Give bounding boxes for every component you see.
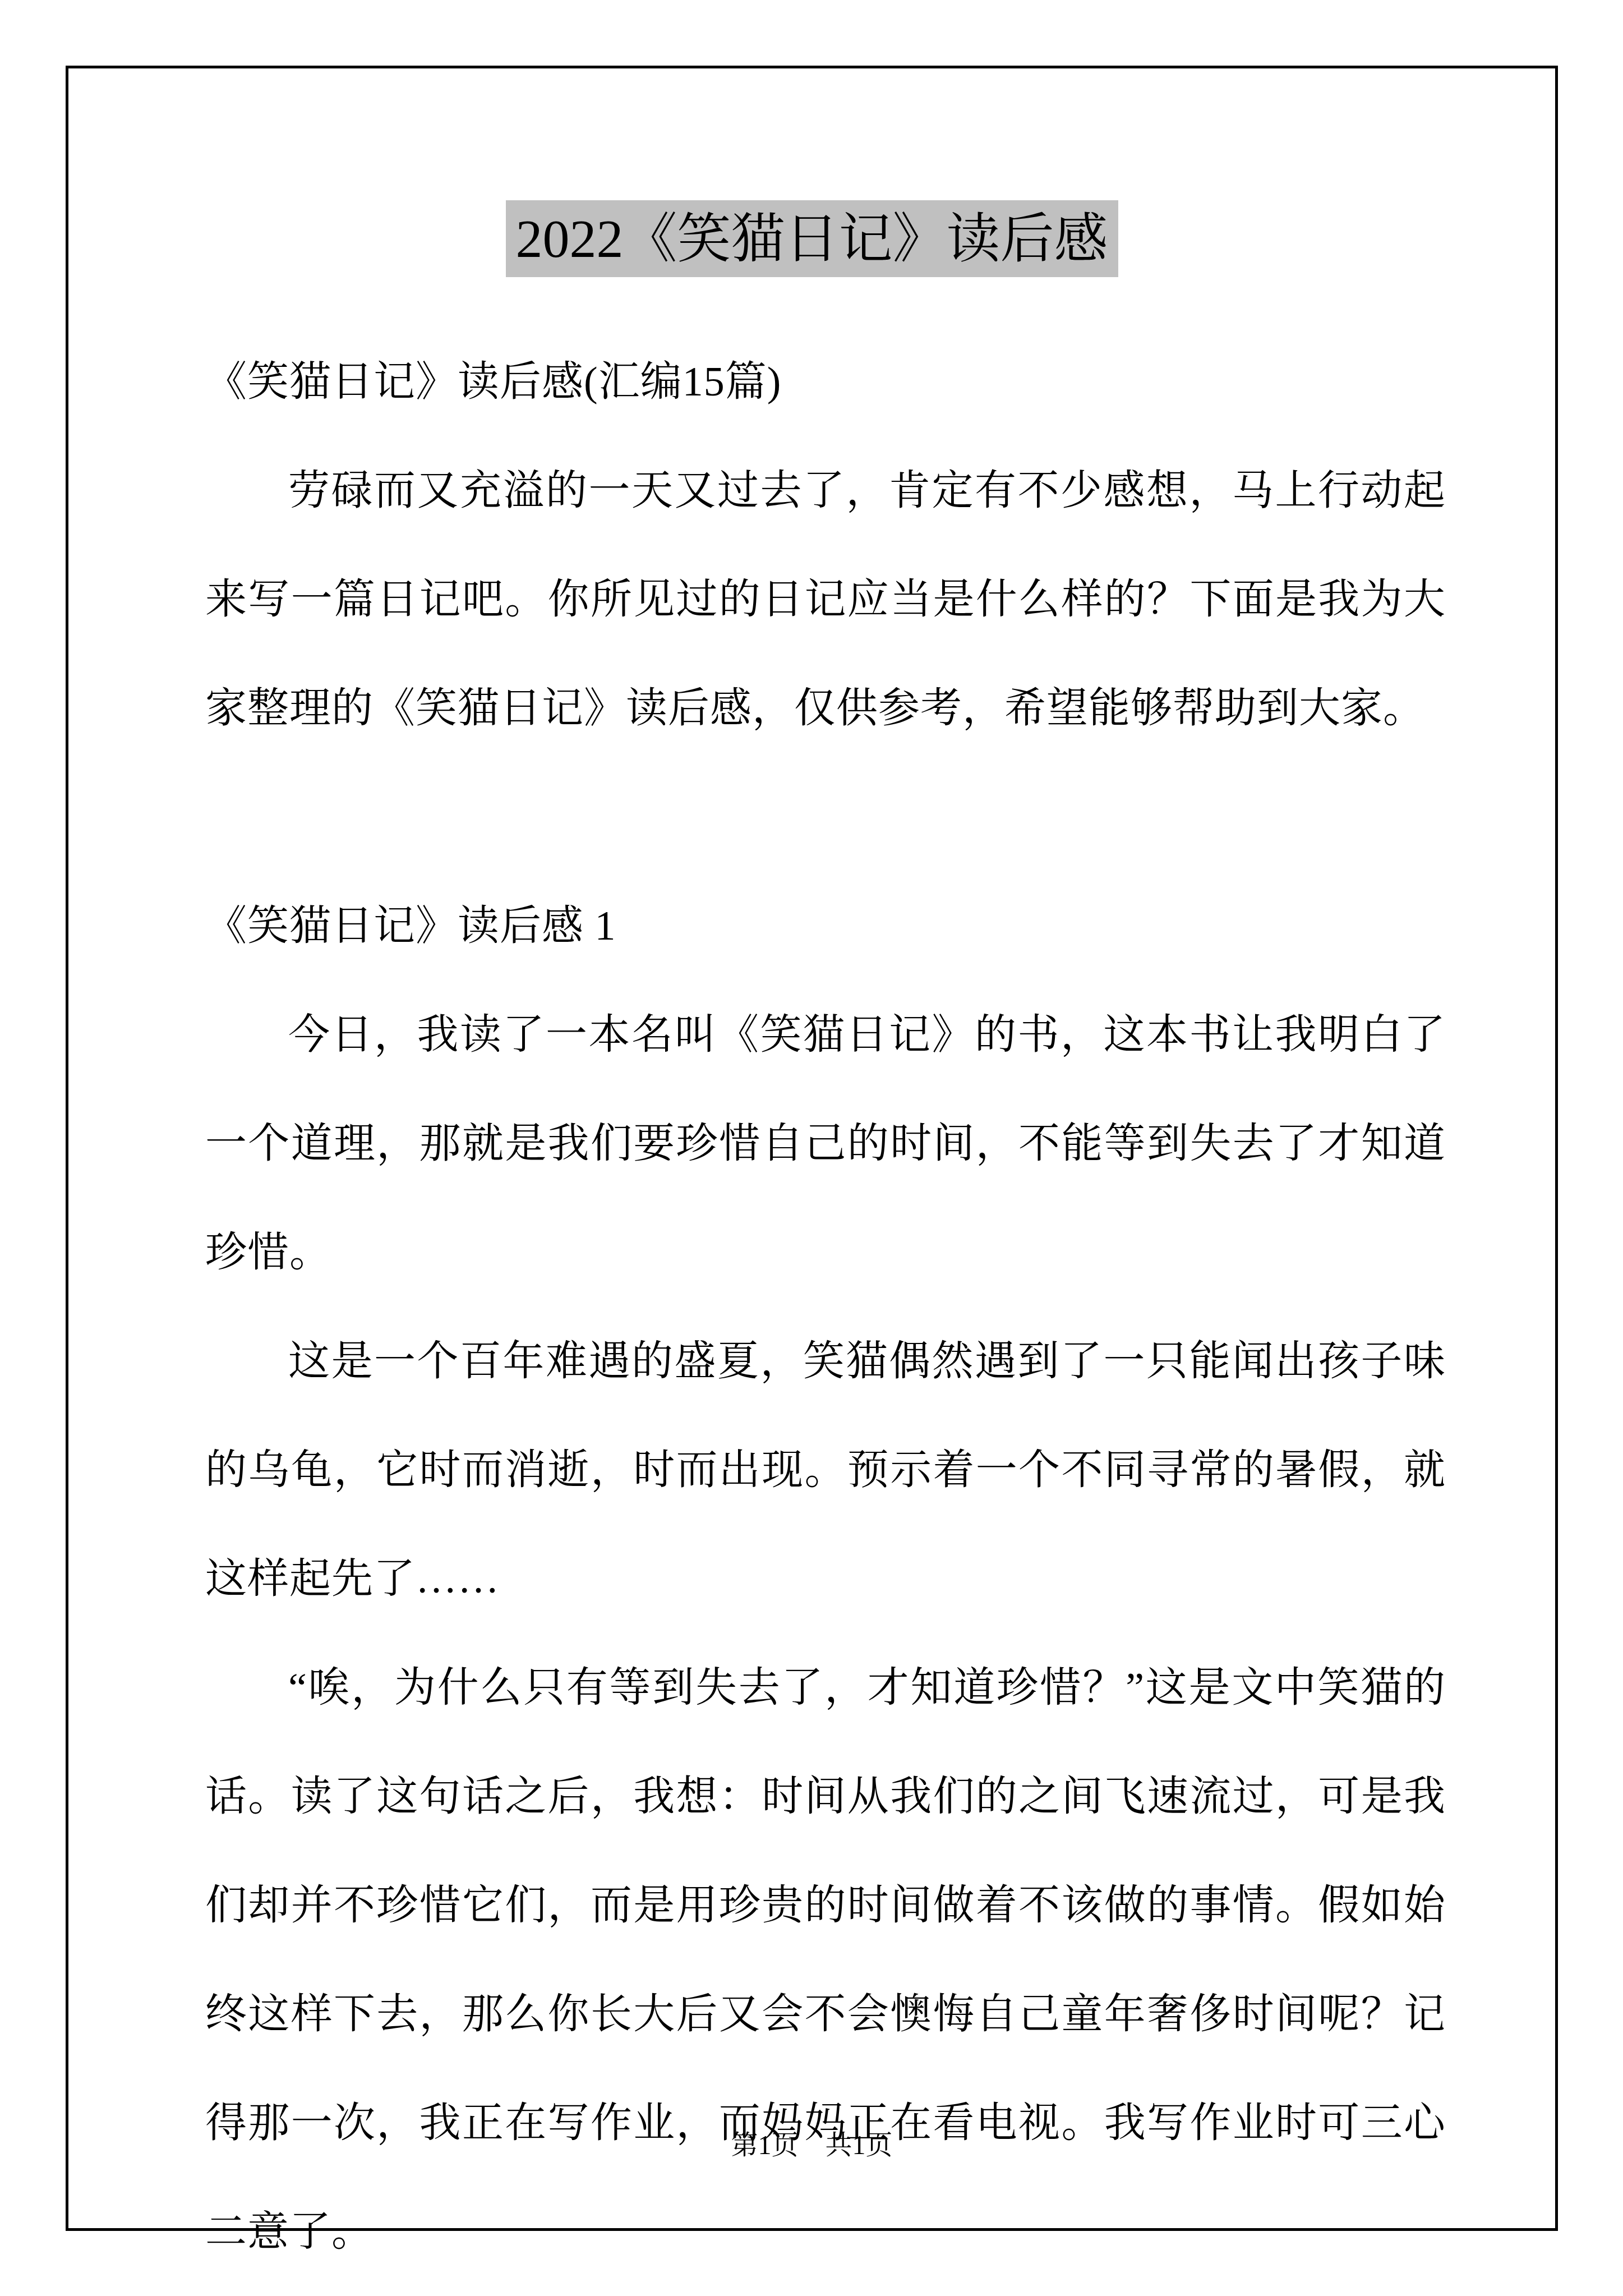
section-heading: 《笑猫日记》读后感 1 [205,872,1446,981]
page-footer: 第1页 共1页 [66,2130,1558,2161]
document-page: 2022《笑猫日记》读后感 《笑猫日记》读后感(汇编15篇) 劳碌而又充溢的一天… [0,0,1623,2296]
body-paragraph: 今日，我读了一本名叫《笑猫日记》的书，这本书让我明白了一个道理，那就是我们要珍惜… [205,981,1446,1307]
body-paragraph: “唉，为什么只有等到失去了，才知道珍惜？”这是文中笑猫的话。读了这句话之后，我想… [205,1634,1446,2286]
body-paragraph: 这是一个百年难遇的盛夏，笑猫偶然遇到了一只能闻出孩子味的乌龟，它时而消逝，时而出… [205,1307,1446,1634]
document-subtitle: 《笑猫日记》读后感(汇编15篇) [205,328,1446,436]
document-body: 《笑猫日记》读后感(汇编15篇) 劳碌而又充溢的一天又过去了，肯定有不少感想，马… [205,328,1446,2286]
title-row: 2022《笑猫日记》读后感 [66,200,1558,277]
intro-paragraph: 劳碌而又充溢的一天又过去了，肯定有不少感想，马上行动起来写一篇日记吧。你所见过的… [205,436,1446,763]
document-title: 2022《笑猫日记》读后感 [506,200,1118,277]
